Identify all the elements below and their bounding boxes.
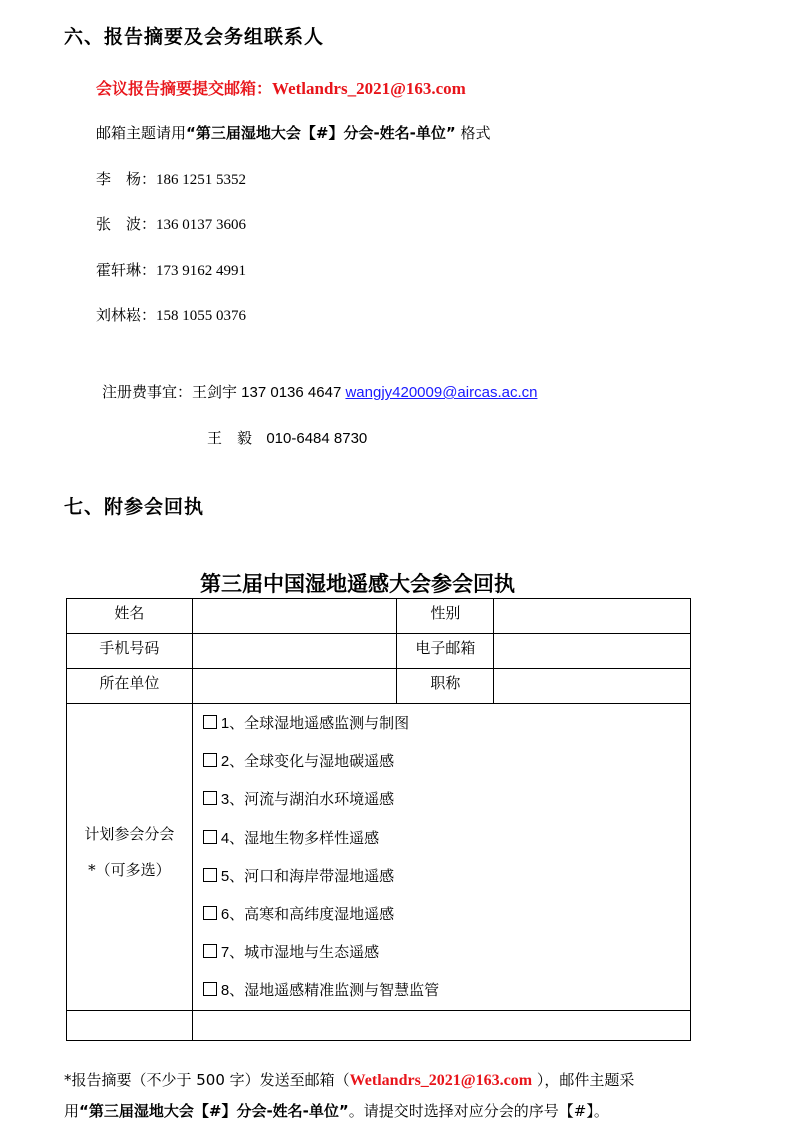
section-6-title: 六、报告摘要及会务组联系人 — [64, 22, 324, 49]
contact-row: 霍轩琳：173 9162 4991 — [96, 259, 246, 280]
session-option-1[interactable]: 1、全球湿地遥感监测与制图 — [193, 704, 690, 742]
contact-row: 刘林崧：158 1055 0376 — [96, 304, 246, 325]
section-7-title: 七、附参会回执 — [64, 492, 204, 519]
registration-contact: 王剑宇 137 0136 4647 — [192, 384, 345, 401]
org-field[interactable] — [192, 669, 397, 704]
email-field[interactable] — [494, 634, 691, 669]
subject-suffix: 格式 — [456, 124, 491, 142]
checkbox-icon[interactable] — [203, 791, 217, 805]
footnote-text: *报告摘要（不少于 500 字）发送至邮箱（ — [64, 1071, 350, 1089]
session-option-3[interactable]: 3、河流与湖泊水环境遥感 — [193, 780, 690, 818]
checkbox-icon[interactable] — [203, 830, 217, 844]
registration-form-table: 姓名 性别 手机号码 电子邮箱 所在单位 职称 计划参会分会 *（可多选） 1、… — [66, 598, 691, 1041]
gender-field[interactable] — [494, 599, 691, 634]
footnote-line-2: 用“第三届湿地大会【#】分会-姓名-单位”。请提交时选择对应分会的序号【#】。 — [64, 1100, 609, 1121]
checkbox-icon[interactable] — [203, 715, 217, 729]
footnote-line-1: *报告摘要（不少于 500 字）发送至邮箱（Wetlandrs_2021@163… — [64, 1069, 634, 1090]
contact-row: 张 波：136 0137 3606 — [96, 213, 246, 234]
footnote-email[interactable]: Wetlandrs_2021@163.com — [350, 1072, 532, 1089]
contact-name: 刘林崧 — [96, 306, 141, 324]
contact-row: 李 杨：186 1251 5352 — [96, 168, 246, 189]
contact-name: 张 波 — [96, 215, 141, 233]
name-label: 姓名 — [67, 599, 193, 634]
org-label: 所在单位 — [67, 669, 193, 704]
empty-cell-right[interactable] — [192, 1010, 690, 1040]
registration-contact-phone: 010-6484 8730 — [266, 430, 367, 447]
registration-contact-name: 王 毅 — [207, 429, 252, 447]
contact-phone: 136 0137 3606 — [156, 217, 246, 233]
registration-line-2: 王 毅 010-6484 8730 — [207, 427, 367, 448]
phone-label: 手机号码 — [67, 634, 193, 669]
form-title: 第三届中国湿地遥感大会参会回执 — [200, 568, 515, 598]
contact-phone: 173 9162 4991 — [156, 263, 246, 279]
email-label: 电子邮箱 — [397, 634, 494, 669]
contact-name: 李 杨 — [96, 170, 141, 188]
name-field[interactable] — [192, 599, 397, 634]
session-label: 计划参会分会 — [67, 816, 192, 852]
contact-phone: 158 1055 0376 — [156, 308, 246, 324]
footnote-format: “第三届湿地大会【#】分会-姓名-单位” — [79, 1102, 349, 1120]
subject-prefix: 邮箱主题请用 — [96, 124, 186, 142]
registration-email-link[interactable]: wangjy420009@aircas.ac.cn — [345, 384, 537, 401]
abstract-email-label: 会议报告摘要提交邮箱： — [96, 79, 272, 98]
registration-line: 注册费事宜：王剑宇 137 0136 4647 wangjy420009@air… — [102, 381, 537, 402]
phone-field[interactable] — [192, 634, 397, 669]
session-option-8[interactable]: 8、湿地遥感精准监测与智慧监管 — [193, 971, 690, 1009]
registration-label: 注册费事宜： — [102, 383, 192, 401]
abstract-email-line: 会议报告摘要提交邮箱：Wetlandrs_2021@163.com — [96, 76, 466, 99]
title-field[interactable] — [494, 669, 691, 704]
empty-cell-left — [67, 1010, 193, 1040]
contact-name: 霍轩琳 — [96, 261, 141, 279]
checkbox-icon[interactable] — [203, 906, 217, 920]
gender-label: 性别 — [397, 599, 494, 634]
subject-format-line: 邮箱主题请用“第三届湿地大会【#】分会-姓名-单位” 格式 — [96, 122, 491, 143]
footnote-text: ），邮件主题采 — [532, 1071, 634, 1089]
checkbox-icon[interactable] — [203, 944, 217, 958]
session-option-6[interactable]: 6、高寒和高纬度湿地遥感 — [193, 895, 690, 933]
checkbox-icon[interactable] — [203, 868, 217, 882]
subject-format: “第三届湿地大会【#】分会-姓名-单位” — [186, 124, 456, 142]
title-label: 职称 — [397, 669, 494, 704]
contact-phone: 186 1251 5352 — [156, 172, 246, 188]
checkbox-icon[interactable] — [203, 753, 217, 767]
session-multi-note: *（可多选） — [67, 852, 192, 888]
session-option-7[interactable]: 7、城市湿地与生态遥感 — [193, 933, 690, 971]
session-option-4[interactable]: 4、湿地生物多样性遥感 — [193, 819, 690, 857]
session-option-2[interactable]: 2、全球变化与湿地碳遥感 — [193, 742, 690, 780]
abstract-email[interactable]: Wetlandrs_2021@163.com — [272, 79, 466, 98]
session-options-cell: 1、全球湿地遥感监测与制图 2、全球变化与湿地碳遥感 3、河流与湖泊水环境遥感 … — [192, 704, 690, 1011]
session-option-5[interactable]: 5、河口和海岸带湿地遥感 — [193, 857, 690, 895]
checkbox-icon[interactable] — [203, 982, 217, 996]
session-label-cell: 计划参会分会 *（可多选） — [67, 704, 193, 1011]
